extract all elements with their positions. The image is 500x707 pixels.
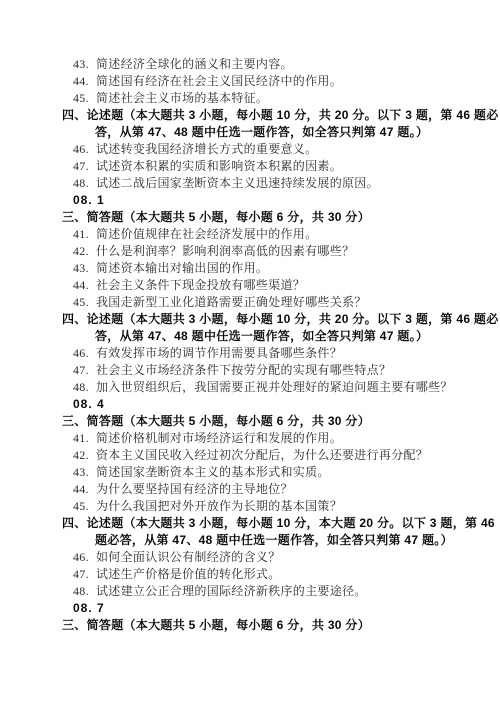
question-line: 41.简述价格机制对市场经济运行和发展的作用。: [62, 430, 454, 447]
question-line: 45.为什么我国把对外开放作为长期的基本国策？: [62, 498, 454, 515]
question-line: 47.试述生产价格是价值的转化形式。: [62, 566, 454, 583]
question-text: 如何全面认识公有制经济的含义？: [96, 550, 281, 564]
question-line: 46.如何全面认识公有制经济的含义？: [62, 549, 454, 566]
question-text: 试述建立公正合理的国际经济新秩序的主要途径。: [96, 584, 367, 598]
question-line: 48.试述二战后国家垄断资本主义迅速持续发展的原因。: [62, 175, 454, 192]
question-text: 简述社会主义市场的基本特征。: [96, 91, 268, 105]
question-line: 45.简述社会主义市场的基本特征。: [62, 90, 454, 107]
section-header-text: 答，从第 47、48 题中任选一题作答，如全答只判第 47 题。）: [95, 125, 428, 139]
question-text: 为什么我国把对外开放作为长期的基本国策？: [96, 499, 342, 513]
question-line: 42.什么是利润率？影响利润率高低的因素有哪些？: [62, 243, 454, 260]
question-text: 有效发挥市场的调节作用需要具备哪些条件？: [96, 346, 342, 360]
question-text: 简述价值规律在社会经济发展中的作用。: [96, 227, 317, 241]
question-line: 44.简述国有经济在社会主义国民经济中的作用。: [62, 73, 454, 90]
question-number: 45.: [73, 90, 93, 107]
question-number: 44.: [73, 73, 93, 90]
question-number: 44.: [73, 277, 93, 294]
question-number: 46.: [73, 549, 93, 566]
question-number: 47.: [73, 362, 93, 379]
question-line: 43.简述国家垄断资本主义的基本形式和实质。: [62, 464, 454, 481]
question-number: 48.: [73, 379, 93, 396]
question-text: 简述价格机制对市场经济运行和发展的作用。: [96, 431, 342, 445]
question-text: 什么是利润率？影响利润率高低的因素有哪些？: [96, 244, 354, 258]
question-text: 为什么要坚持国有经济的主导地位？: [96, 482, 293, 496]
question-number: 48.: [73, 583, 93, 600]
question-number: 41.: [73, 226, 93, 243]
question-number: 41.: [73, 430, 93, 447]
question-line: 48.试述建立公正合理的国际经济新秩序的主要途径。: [62, 583, 454, 600]
question-line: 43.简述资本输出对输出国的作用。: [62, 260, 454, 277]
question-line: 44.社会主义条件下现金投放有哪些渠道？: [62, 277, 454, 294]
exam-set-marker: 08. 4: [62, 396, 454, 413]
question-line: 47.社会主义市场经济条件下按劳分配的实现有哪些特点？: [62, 362, 454, 379]
question-number: 43.: [73, 56, 93, 73]
question-text: 社会主义条件下现金投放有哪些渠道？: [96, 278, 305, 292]
question-text: 简述国有经济在社会主义国民经济中的作用。: [96, 74, 342, 88]
section-header-continuation: 题必答，从第 47、48 题中任选一题作答，如全答只判第 47 题。）: [62, 532, 454, 549]
section-header-continuation: 答，从第 47、48 题中任选一题作答，如全答只判第 47 题。）: [62, 328, 454, 345]
exam-set-marker-text: 08. 1: [73, 193, 105, 207]
question-line: 43.简述经济全球化的涵义和主要内容。: [62, 56, 454, 73]
question-text: 试述转变我国经济增长方式的重要意义。: [96, 142, 317, 156]
question-text: 加入世贸组织后，我国需要正视并处理好的紧迫问题主要有哪些？: [96, 380, 453, 394]
section-header-short-answer: 三、简答题（本大题共 5 小题，每小题 6 分，共 30 分）: [62, 413, 454, 430]
section-header-text: 三、简答题（本大题共 5 小题，每小题 6 分，共 30 分）: [62, 210, 370, 224]
question-text: 简述经济全球化的涵义和主要内容。: [96, 57, 293, 71]
question-text: 试述资本积累的实质和影响资本积累的因素。: [96, 159, 342, 173]
section-header-text: 题必答，从第 47、48 题中任选一题作答，如全答只判第 47 题。）: [95, 533, 453, 547]
section-header-text: 答，从第 47、48 题中任选一题作答，如全答只判第 47 题。）: [95, 329, 428, 343]
question-text: 试述二战后国家垄断资本主义迅速持续发展的原因。: [96, 176, 379, 190]
section-header-essay: 四、论述题（本大题共 3 小题，每小题 10 分，共 20 分。以下 3 题，第…: [62, 311, 454, 328]
exam-set-marker-text: 08. 7: [73, 601, 105, 615]
question-line: 44.为什么要坚持国有经济的主导地位？: [62, 481, 454, 498]
question-text: 我国走新型工业化道路需要正确处理好哪些关系？: [96, 295, 367, 309]
section-header-short-answer: 三、简答题（本大题共 5 小题，每小题 6 分，共 30 分）: [62, 209, 454, 226]
section-header-short-answer: 三、简答题（本大题共 5 小题，每小题 6 分，共 30 分）: [62, 617, 454, 634]
question-number: 43.: [73, 464, 93, 481]
section-header-text: 四、论述题（本大题共 3 小题，每小题 10 分，共 20 分。以下 3 题，第…: [62, 108, 499, 122]
section-header-continuation: 答，从第 47、48 题中任选一题作答，如全答只判第 47 题。）: [62, 124, 454, 141]
section-header-essay: 四、论述题（本大题共 3 小题，每小题 10 分，本大题 20 分。以下 3 题…: [62, 515, 454, 532]
exam-set-marker: 08. 1: [62, 192, 454, 209]
question-number: 45.: [73, 294, 93, 311]
question-line: 41.简述价值规律在社会经济发展中的作用。: [62, 226, 454, 243]
question-text: 资本主义国民收入经过初次分配后，为什么还要进行再分配？: [96, 448, 428, 462]
question-number: 42.: [73, 447, 93, 464]
question-line: 46.有效发挥市场的调节作用需要具备哪些条件？: [62, 345, 454, 362]
question-number: 46.: [73, 141, 93, 158]
question-line: 48.加入世贸组织后，我国需要正视并处理好的紧迫问题主要有哪些？: [62, 379, 454, 396]
section-header-text: 三、简答题（本大题共 5 小题，每小题 6 分，共 30 分）: [62, 618, 370, 632]
question-text: 试述生产价格是价值的转化形式。: [96, 567, 281, 581]
section-header-text: 四、论述题（本大题共 3 小题，每小题 10 分，共 20 分。以下 3 题，第…: [62, 312, 499, 326]
exam-set-marker-text: 08. 4: [73, 397, 105, 411]
question-text: 简述资本输出对输出国的作用。: [96, 261, 268, 275]
question-number: 46.: [73, 345, 93, 362]
question-number: 43.: [73, 260, 93, 277]
section-header-essay: 四、论述题（本大题共 3 小题，每小题 10 分，共 20 分。以下 3 题，第…: [62, 107, 454, 124]
document-page: 43.简述经济全球化的涵义和主要内容。 44.简述国有经济在社会主义国民经济中的…: [0, 0, 500, 707]
section-header-text: 四、论述题（本大题共 3 小题，每小题 10 分，本大题 20 分。以下 3 题…: [62, 516, 495, 530]
question-text: 社会主义市场经济条件下按劳分配的实现有哪些特点？: [96, 363, 391, 377]
question-line: 46.试述转变我国经济增长方式的重要意义。: [62, 141, 454, 158]
exam-set-marker: 08. 7: [62, 600, 454, 617]
question-number: 42.: [73, 243, 93, 260]
question-number: 48.: [73, 175, 93, 192]
question-text: 简述国家垄断资本主义的基本形式和实质。: [96, 465, 330, 479]
question-line: 47.试述资本积累的实质和影响资本积累的因素。: [62, 158, 454, 175]
section-header-text: 三、简答题（本大题共 5 小题，每小题 6 分，共 30 分）: [62, 414, 370, 428]
question-number: 47.: [73, 566, 93, 583]
question-line: 45.我国走新型工业化道路需要正确处理好哪些关系？: [62, 294, 454, 311]
question-number: 47.: [73, 158, 93, 175]
question-number: 44.: [73, 481, 93, 498]
question-line: 42.资本主义国民收入经过初次分配后，为什么还要进行再分配？: [62, 447, 454, 464]
question-number: 45.: [73, 498, 93, 515]
